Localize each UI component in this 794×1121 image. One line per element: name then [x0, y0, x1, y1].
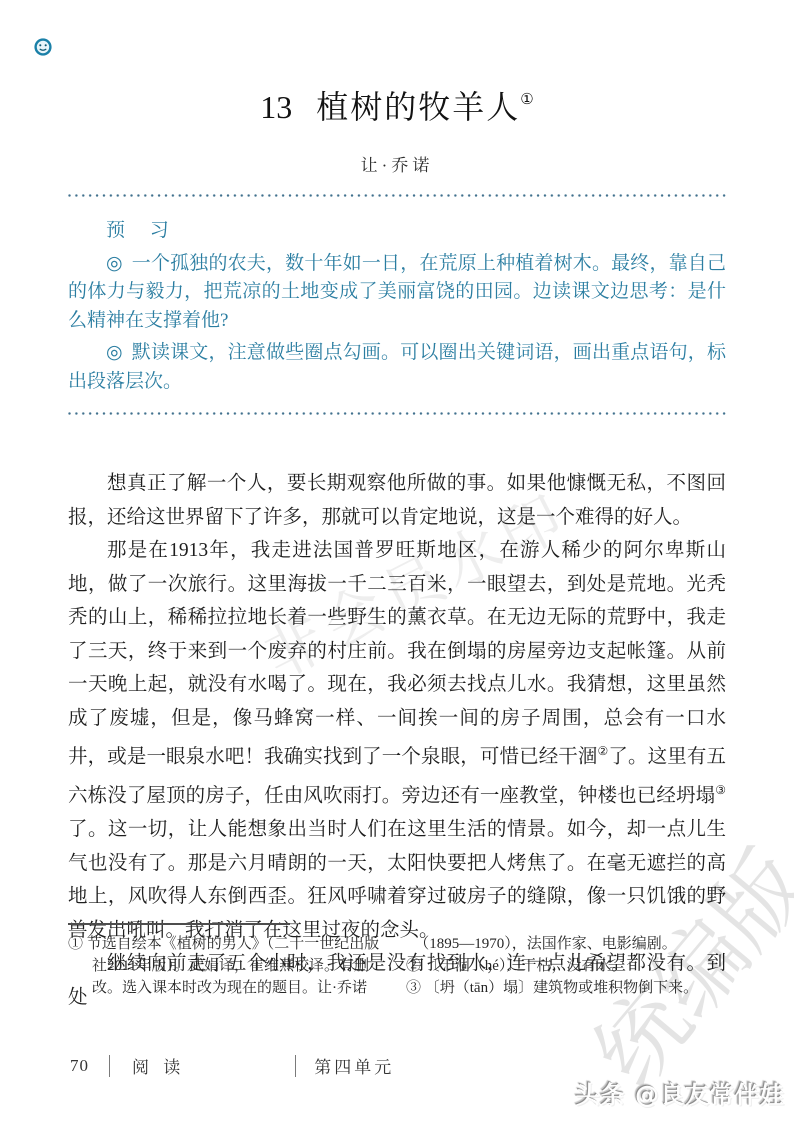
author-name: 让·乔诺	[0, 151, 794, 176]
footnote-divider	[68, 923, 290, 925]
page-footer: 70 阅 读 第四单元	[70, 1053, 670, 1078]
page-number: 70	[70, 1056, 89, 1076]
footnote-column-left: ① 节选自绘本《植树的男人》（二十一世纪出版社2011年版）。武娟译，崔维燕校译…	[68, 933, 392, 999]
preview-item-1: ◎一个孤独的农夫，数十年如一日，在荒原上种植着树木。最终，靠自己的体力与毅力，把…	[68, 250, 726, 336]
footnote-ref-2: ②	[598, 744, 609, 758]
preview-heading: 预 习	[68, 217, 726, 246]
unit-label: 第四单元	[314, 1053, 394, 1078]
textbook-page: 非会员水印 统编版 13植树的牧羊人① 让·乔诺 预 习 ◎一个孤独的农夫，数十…	[0, 0, 794, 1121]
footer-divider-bar	[109, 1055, 110, 1077]
footnote-1-text: 节选自绘本《植树的男人》（二十一世纪出版社2011年版）。武娟译，崔维燕校译。有…	[87, 936, 380, 996]
byline-watermark: 头条 @良友常伴娃	[576, 1075, 785, 1110]
lesson-title: 13植树的牧羊人①	[0, 82, 794, 128]
footnote-2-text: 〔干涸（hé）〕干枯，没有水。	[425, 958, 627, 974]
ring-bullet-icon: ◎	[106, 253, 123, 274]
body-paragraph-1: 想真正了解一个人，要长期观察他所做的事。如果他慷慨无私，不图回报，还给这世界留下…	[68, 467, 726, 534]
footnote-2-marker: ②	[406, 958, 421, 974]
footer-divider-bar	[295, 1055, 296, 1077]
title-footnote-ref: ①	[520, 92, 533, 108]
smiley-icon	[33, 37, 53, 57]
footnote-3-text: 〔坍（tān）塌〕建筑物或堆积物倒下来。	[425, 980, 698, 996]
lesson-title-text: 植树的牧羊人	[316, 89, 520, 125]
dotted-divider-bottom	[68, 412, 726, 415]
section-label: 阅 读	[132, 1053, 185, 1078]
lesson-number: 13	[260, 89, 292, 125]
footnote-1-continuation: （1895—1970），法国作家、电影编剧。	[406, 933, 728, 955]
ring-bullet-icon: ◎	[106, 342, 123, 363]
footnote-column-right: （1895—1970），法国作家、电影编剧。 ② 〔干涸（hé）〕干枯，没有水。…	[406, 933, 728, 999]
footnotes-section: ① 节选自绘本《植树的男人》（二十一世纪出版社2011年版）。武娟译，崔维燕校译…	[68, 933, 728, 999]
dotted-divider-top	[68, 194, 726, 197]
preview-item-2: ◎默读课文，注意做些圈点勾画。可以圈出关键词语，画出重点语句，标出段落层次。	[68, 339, 726, 396]
footnote-3: ③ 〔坍（tān）塌〕建筑物或堆积物倒下来。	[406, 977, 728, 999]
footnote-2: ② 〔干涸（hé）〕干枯，没有水。	[406, 955, 728, 977]
footnote-1: ① 节选自绘本《植树的男人》（二十一世纪出版社2011年版）。武娟译，崔维燕校译…	[68, 933, 392, 999]
footnote-3-marker: ③	[406, 980, 421, 996]
footnote-1-marker: ①	[68, 936, 83, 952]
body-paragraph-2: 那是在1913年，我走进法国普罗旺斯地区，在游人稀少的阿尔卑斯山地，做了一次旅行…	[68, 534, 726, 947]
preview-section: 预 习 ◎一个孤独的农夫，数十年如一日，在荒原上种植着树木。最终，靠自己的体力与…	[68, 217, 726, 396]
preview-item-1-text: 一个孤独的农夫，数十年如一日，在荒原上种植着树木。最终，靠自己的体力与毅力，把荒…	[68, 253, 726, 331]
body-paragraph-2-text: 那是在1913年，我走进法国普罗旺斯地区，在游人稀少的阿尔卑斯山地，做了一次旅行…	[68, 540, 726, 768]
preview-item-2-text: 默读课文，注意做些圈点勾画。可以圈出关键词语，画出重点语句，标出段落层次。	[68, 342, 726, 392]
footnote-ref-3: ③	[715, 783, 726, 797]
lesson-body: 想真正了解一个人，要长期观察他所做的事。如果他慷慨无私，不图回报，还给这世界留下…	[68, 467, 726, 1014]
